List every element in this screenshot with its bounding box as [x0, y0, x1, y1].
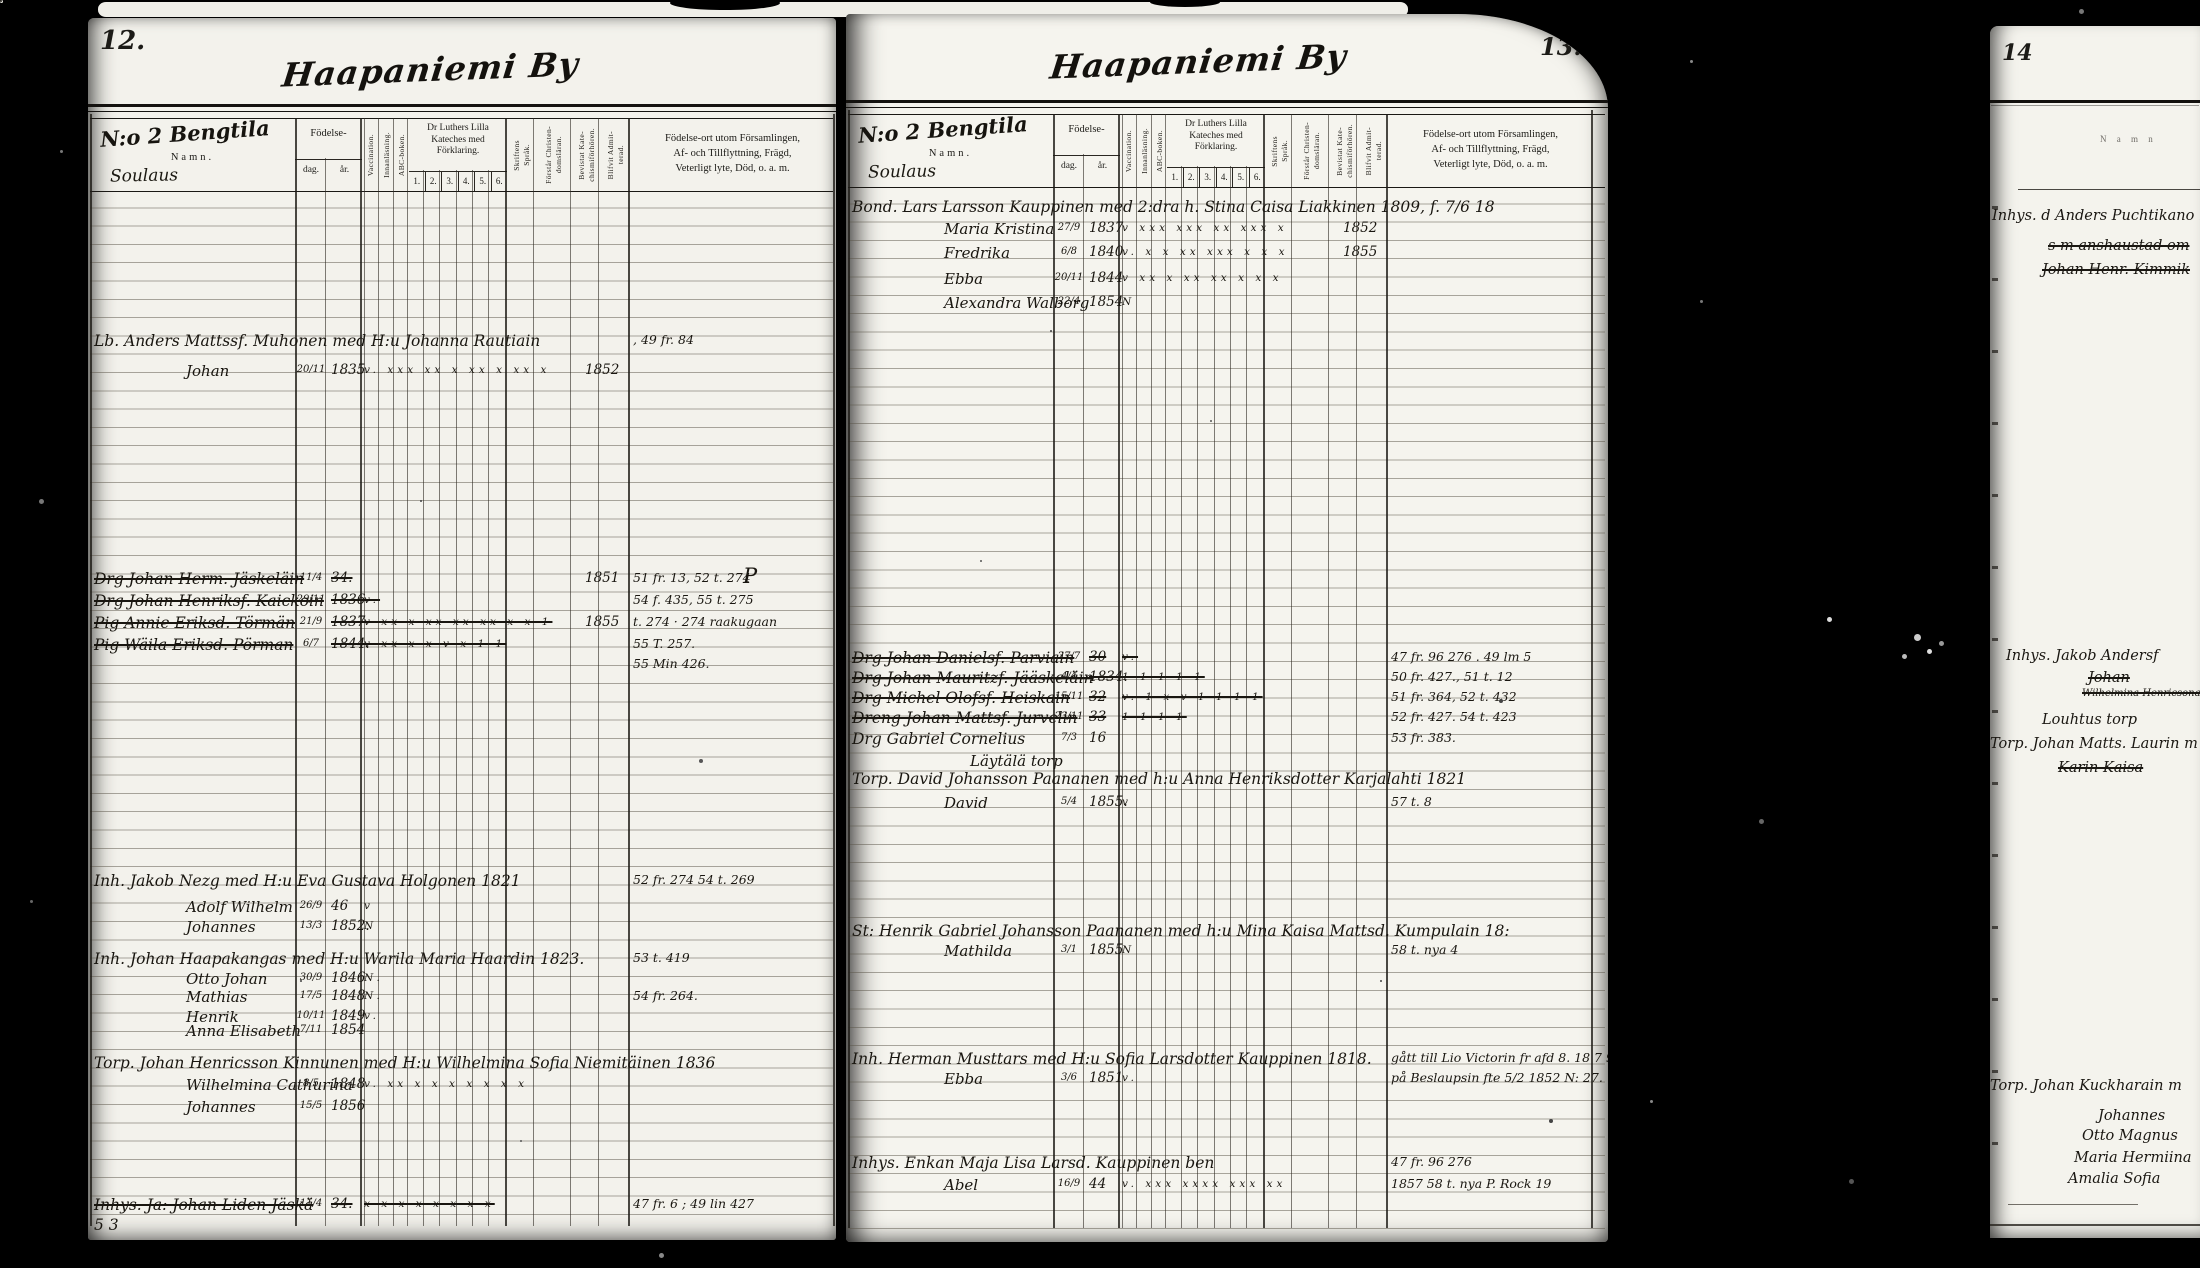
handwritten-records: Bond. Lars Larsson Kauppinen med 2:dra h… — [846, 14, 1608, 1242]
record-name: Torp. David Johansson Paananen med h:u A… — [852, 770, 1466, 788]
record-admit-year: 1852 — [585, 362, 619, 378]
record-note: 57 t. 8 — [1391, 794, 1432, 809]
record-exam-marks: v xx x xx xx x x x — [1122, 272, 1283, 284]
record-birth-day: 11/4 — [294, 1198, 328, 1209]
record-line: Amalia Sofia — [2068, 1171, 2160, 1191]
record-birth-day: 3/1 — [1052, 944, 1086, 955]
header-rule — [1990, 100, 2200, 103]
record-birth-day: 6/7 — [294, 638, 328, 649]
record-name: Pig Annie Eriksd. Törmän — [94, 614, 295, 632]
record-exam-marks: v. xx x x x x x x x — [364, 1078, 528, 1090]
record-birth-day: 21/9 — [294, 616, 328, 627]
record-birth-year: 33 — [1089, 709, 1106, 725]
record-line: Inhys. Ja: Johan Liden Jäskä 11/4 34. x … — [88, 1196, 836, 1218]
record-line: Johannes — [2098, 1108, 2165, 1128]
record-text: Louhtus torp — [2042, 712, 2137, 728]
record-birth-day: 10/11 — [294, 1010, 328, 1021]
record-exam-marks: v. xxx xxxx xxx xx — [1122, 1178, 1286, 1190]
record-name: Mathilda — [944, 942, 1012, 960]
record-note: 52 fr. 427. 54 t. 423 — [1391, 709, 1517, 724]
record-exam-marks: v — [364, 900, 374, 912]
record-line: Louhtus torp — [2042, 712, 2137, 732]
record-exam-marks: v xx x xx xx xx x x 1 — [364, 616, 552, 628]
record-line: Anna Elisabeth 7/11 1854 — [88, 1022, 836, 1044]
record-admit-year: 1851 — [585, 570, 619, 586]
record-exam-marks: 1 1 1 1 — [1122, 711, 1187, 723]
record-admit-year: 1852 — [1343, 220, 1377, 236]
record-name: Pig Wäila Eriksd. Pörman — [94, 636, 293, 654]
document-scan: 12. Haapaniemi By N:o 2 Bengtila Namn. S… — [0, 0, 2200, 1268]
record-line: Drg Johan Herm. Jäskeläin 11/4 34. 1851 … — [88, 570, 836, 592]
record-birth-year: 1851 — [1089, 1070, 1123, 1086]
record-name: Inhys. Ja: Johan Liden Jäskä — [94, 1196, 313, 1214]
record-line: Mathilda 3/1 1855 N 58 t. nya 4 — [846, 942, 1608, 964]
record-birth-day: 17/5 — [294, 990, 328, 1001]
record-note: 51 fr. 13, 52 t. 274 — [633, 570, 751, 585]
record-line: Inhys. Enkan Maja Lisa Larsd. Kauppinen … — [846, 1154, 1608, 1176]
record-birth-year: 30 — [1089, 649, 1106, 665]
record-note: 50 fr. 427., 51 t. 12 — [1391, 669, 1513, 684]
record-note: t. 274 · 274 raakugaan — [633, 614, 777, 629]
record-note: 53 fr. 383. — [1391, 730, 1456, 745]
record-birth-year: 1854 — [331, 1022, 365, 1038]
record-birth-day: 15/11 — [1052, 691, 1086, 702]
page-number: 14 — [2002, 40, 2033, 66]
record-line: 55 Min 426. — [88, 656, 836, 678]
record-exam-marks: v. — [364, 594, 380, 606]
record-line: Johan — [2088, 670, 2130, 690]
record-exam-marks: v. — [364, 1010, 380, 1022]
record-birth-day: 5/4 — [1052, 796, 1086, 807]
record-text: Johannes — [2098, 1108, 2165, 1124]
record-exam-marks: x x x x x x x x — [364, 1198, 495, 1210]
record-name: Abel — [944, 1176, 978, 1194]
record-name: Johan — [186, 362, 229, 380]
record-birth-day: 13/3 — [294, 920, 328, 931]
record-exam-marks: v. — [1122, 1072, 1138, 1084]
record-line: Inh. Johan Haapakangas med H:u Warila Ma… — [88, 950, 836, 972]
record-name: Fredrika — [944, 244, 1010, 262]
record-name: Inh. Herman Musttars med H:u Sofia Larsd… — [852, 1050, 1372, 1068]
record-name: Drg Johan Henriksf. Kaickoin — [94, 592, 324, 610]
record-text: Maria Hermiina — [2074, 1150, 2191, 1166]
record-birth-year: 1855 — [1089, 942, 1123, 958]
record-birth-day: 27/7 — [1052, 651, 1086, 662]
record-name: Maria Kristina — [944, 220, 1054, 238]
record-exam-marks: N — [364, 920, 377, 932]
record-name: Inh. Jakob Nezg med H:u Eva Gustava Holg… — [94, 872, 521, 890]
record-name: Anna Elisabeth — [186, 1022, 301, 1040]
record-birth-day: 7/11 — [294, 1024, 328, 1035]
record-note: 47 fr. 96 276 — [1391, 1154, 1472, 1169]
record-birth-day: 6/8 — [1052, 246, 1086, 257]
record-exam-marks: v. 1 x v 1 1 1 1 — [1122, 691, 1263, 703]
record-line: Pig Wäila Eriksd. Pörman 6/7 1844. v xx … — [88, 636, 836, 658]
record-birth-day: 23/11 — [1052, 711, 1086, 722]
record-birth-year: 1854 — [1089, 294, 1123, 310]
margin-dashes — [1992, 206, 2000, 1178]
record-exam-marks: N — [1122, 944, 1135, 956]
record-line: Johannes 15/5 1856 — [88, 1098, 836, 1120]
record-name: Mathias — [186, 988, 247, 1006]
record-line: Drg Johan Mauritzf. Jääskeläin 4/4 1834.… — [846, 669, 1608, 691]
record-line: Ebba 3/6 1851 v. på Beslaupsin fte 5/2 1… — [846, 1070, 1608, 1092]
record-exam-marks: v xx x x v x 1 1 — [364, 638, 506, 650]
record-line: Mathias 17/5 1848 N. 54 fr. 264. — [88, 988, 836, 1010]
record-line: Fredrika 6/8 1840 v. x x xx xxx x x x 18… — [846, 244, 1608, 266]
record-line: Pig Annie Eriksd. Törmän 21/9 1837 v xx … — [88, 614, 836, 636]
record-admit-year: 1855 — [1343, 244, 1377, 260]
record-exam-marks: v — [1122, 796, 1132, 808]
record-birth-year: 1835 — [331, 362, 365, 378]
record-line: Inh. Herman Musttars med H:u Sofia Larsd… — [846, 1050, 1608, 1072]
record-birth-day: 8/5 — [294, 1078, 328, 1089]
record-line: 5 3 — [88, 1216, 836, 1238]
record-line: Alexandra Walborg 22/4 1854 N — [846, 294, 1608, 316]
record-name: Drg Michel Olofsf. Heiskain — [852, 689, 1070, 707]
record-text: Johan — [2088, 670, 2130, 686]
record-birth-day: 30/9 — [294, 972, 328, 983]
record-name: David — [944, 794, 988, 812]
record-birth-year: 1837 — [1089, 220, 1123, 236]
record-birth-year: 46 — [331, 898, 348, 914]
record-line: Drg Gabriel Cornelius 7/3 16 53 fr. 383. — [846, 730, 1608, 752]
record-line: Wilhelmina Cathurina 8/5 1848 v. xx x x … — [88, 1076, 836, 1098]
record-name: Drg Johan Danielsf. Parviain — [852, 649, 1074, 667]
record-birth-day: 7/3 — [1052, 732, 1086, 743]
record-text: Otto Magnus — [2082, 1128, 2178, 1144]
scanned-page-center: 13. Haapaniemi By N:o 2 Bengtila Namn. S… — [846, 14, 1608, 1242]
record-line: Inhys. Jakob Andersf — [2006, 648, 2159, 668]
record-text: Wilhelmina Henricsona — [2082, 688, 2200, 699]
record-line: St: Henrik Gabriel Johansson Paananen me… — [846, 922, 1608, 944]
record-note: på Beslaupsin fte 5/2 1852 N: 27. — [1391, 1070, 1603, 1085]
record-birth-day: 4/4 — [1052, 671, 1086, 682]
record-line: Adolf Wilhelm 26/9 46 v — [88, 898, 836, 920]
record-line: Karin Kaisa — [2058, 760, 2143, 780]
record-name: Lb. Anders Mattssf. Muhonen med H:u Joha… — [94, 332, 540, 350]
record-birth-day: 20/11 — [1052, 272, 1086, 283]
record-note: 54 fr. 264. — [633, 988, 698, 1003]
record-note: 55 Min 426. — [633, 656, 710, 671]
record-name: Drg Johan Herm. Jäskeläin — [94, 570, 304, 588]
record-name: Ebba — [944, 270, 983, 288]
record-text: Torp. Johan Matts. Laurin m — [1990, 736, 2198, 752]
record-name: St: Henrik Gabriel Johansson Paananen me… — [852, 922, 1510, 940]
record-birth-day: 29/11 — [294, 594, 328, 605]
record-line: Ebba 20/11 1844 v xx x xx xx x x x — [846, 270, 1608, 292]
record-name: Inh. Johan Haapakangas med H:u Warila Ma… — [94, 950, 584, 968]
record-exam-marks: v. xxx xx x xx x xx x — [364, 364, 550, 376]
record-exam-marks: N — [1122, 296, 1135, 308]
record-exam-marks: 1 1 1 1 1 — [1122, 671, 1205, 683]
record-exam-marks: v. — [1122, 651, 1138, 663]
handwritten-records: Lb. Anders Mattssf. Muhonen med H:u Joha… — [88, 18, 836, 1240]
record-text: Johan Henr. Kimmik — [2042, 262, 2190, 278]
record-line: Bond. Lars Larsson Kauppinen med 2:dra h… — [846, 198, 1608, 220]
record-note: 53 t. 419 — [633, 950, 690, 965]
record-birth-year: 1848 — [331, 1076, 365, 1092]
record-line: Torp. David Johansson Paananen med h:u A… — [846, 770, 1608, 792]
bottom-rule-short — [2008, 1204, 2138, 1205]
record-birth-year: 16 — [1089, 730, 1106, 746]
record-line: Torp. Johan Matts. Laurin m — [1990, 736, 2198, 756]
namn-label-faint: N a m n — [2100, 134, 2157, 144]
record-name: 5 3 — [94, 1216, 119, 1234]
record-line: Torp. Johan Henricsson Kinnunen med H:u … — [88, 1054, 836, 1076]
record-note: 55 T. 257. — [633, 636, 695, 651]
record-note: 47 fr. 96 276 . 49 lm 5 — [1391, 649, 1531, 664]
record-birth-year: 34. — [331, 1196, 352, 1212]
record-name: Bond. Lars Larsson Kauppinen med 2:dra h… — [852, 198, 1495, 216]
record-name: Läytälä torp — [970, 752, 1063, 770]
record-name: Johannes — [186, 1098, 256, 1116]
record-birth-year: 1840 — [1089, 244, 1123, 260]
record-text: Karin Kaisa — [2058, 760, 2143, 776]
record-line: Johan Henr. Kimmik — [2042, 262, 2190, 282]
record-name: Johannes — [186, 918, 256, 936]
record-note: 58 t. nya 4 — [1391, 942, 1458, 957]
record-line: Johannes 13/3 1852. N — [88, 918, 836, 940]
record-flourish: P — [743, 564, 757, 588]
record-note: , 49 fr. 84 — [633, 332, 694, 347]
record-line: s m anshaustad om — [2048, 238, 2189, 258]
record-birth-day: 16/9 — [1052, 1178, 1086, 1189]
bottom-rule-long — [1990, 1224, 2200, 1226]
scanned-page-left: 12. Haapaniemi By N:o 2 Bengtila Namn. S… — [88, 18, 836, 1240]
record-line: Maria Kristina 27/9 1837 v xxx xxx xx xx… — [846, 220, 1608, 242]
record-birth-year: 1837 — [331, 614, 365, 630]
record-birth-day: 27/9 — [1052, 222, 1086, 233]
record-line: Maria Hermiina — [2074, 1150, 2191, 1170]
record-line: Inhys. d Anders Puchtikano m — [1992, 208, 2200, 228]
record-line: Abel 16/9 44 v. xxx xxxx xxx xx 1857 58 … — [846, 1176, 1608, 1198]
record-birth-year: 32 — [1089, 689, 1106, 705]
record-line: Wilhelmina Henricsona — [2082, 688, 2200, 708]
record-birth-day: 15/5 — [294, 1100, 328, 1111]
record-line: Drg Michel Olofsf. Heiskain 15/11 32 v. … — [846, 689, 1608, 711]
record-line: Drg Johan Henriksf. Kaickoin 29/11 1836 … — [88, 592, 836, 614]
record-birth-day: 22/4 — [1052, 296, 1086, 307]
record-birth-day: 11/4 — [294, 572, 328, 583]
record-line: Otto Magnus — [2082, 1128, 2178, 1148]
record-text: Inhys. d Anders Puchtikano m — [1992, 208, 2200, 224]
record-name: Adolf Wilhelm — [186, 898, 293, 916]
record-note: 51 fr. 364, 52 t. 432 — [1391, 689, 1517, 704]
record-name: Otto Johan — [186, 970, 267, 988]
record-text: Inhys. Jakob Andersf — [2006, 648, 2159, 664]
record-line: Johan 20/11 1835 v. xxx xx x xx x xx x 1… — [88, 362, 836, 384]
record-name: Dreng Johan Mattsf. Jurvelin — [852, 709, 1078, 727]
record-line: David 5/4 1855. v 57 t. 8 — [846, 794, 1608, 816]
record-note: 52 fr. 274 54 t. 269 — [633, 872, 755, 887]
record-note: gått till Lio Victorin fr afd 8. 18 7 9 — [1391, 1050, 1608, 1065]
record-name: Inhys. Enkan Maja Lisa Larsd. Kauppinen … — [852, 1154, 1214, 1172]
record-line: Lb. Anders Mattssf. Muhonen med H:u Joha… — [88, 332, 836, 354]
record-text: s m anshaustad om — [2048, 238, 2189, 254]
record-exam-marks: v. x x xx xxx x x x — [1122, 246, 1289, 258]
record-birth-year: 34. — [331, 570, 352, 586]
record-birth-year: 1844 — [1089, 270, 1123, 286]
record-line: Torp. Johan Kuckharain m — [1990, 1078, 2182, 1098]
record-exam-marks: v xxx xxx xx xxx x — [1122, 222, 1288, 234]
record-name: Torp. Johan Henricsson Kinnunen med H:u … — [94, 1054, 715, 1072]
record-name: Drg Gabriel Cornelius — [852, 730, 1025, 748]
record-text: Amalia Sofia — [2068, 1171, 2160, 1187]
record-birth-year: 44 — [1089, 1176, 1106, 1192]
record-birth-year: 1836 — [331, 592, 365, 608]
record-note: 47 fr. 6 ; 49 lin 427 — [633, 1196, 754, 1211]
record-birth-year: 1846 — [331, 970, 365, 986]
record-note: 54 f. 435, 55 t. 275 — [633, 592, 754, 607]
record-birth-year: 1848 — [331, 988, 365, 1004]
thin-rule — [2018, 189, 2200, 190]
record-line: Inh. Jakob Nezg med H:u Eva Gustava Holg… — [88, 872, 836, 894]
record-birth-day: 26/9 — [294, 900, 328, 911]
record-exam-marks: N. — [364, 972, 384, 984]
record-admit-year: 1855 — [585, 614, 619, 630]
record-line: Drg Johan Danielsf. Parviain 27/7 30 v. … — [846, 649, 1608, 671]
record-note: 1857 58 t. nya P. Rock 19 — [1391, 1176, 1551, 1191]
record-birth-day: 20/11 — [294, 364, 328, 375]
film-noise-dark — [0, 0, 2, 2]
record-birth-year: 1856 — [331, 1098, 365, 1114]
record-text: Torp. Johan Kuckharain m — [1990, 1078, 2182, 1094]
record-line: Dreng Johan Mattsf. Jurvelin 23/11 33 1 … — [846, 709, 1608, 731]
record-exam-marks: N. — [364, 990, 384, 1002]
scanned-page-right: 14 N a m n Inhys. d Anders Puchtikano ms… — [1990, 26, 2200, 1238]
record-birth-day: 3/6 — [1052, 1072, 1086, 1083]
record-name: Ebba — [944, 1070, 983, 1088]
